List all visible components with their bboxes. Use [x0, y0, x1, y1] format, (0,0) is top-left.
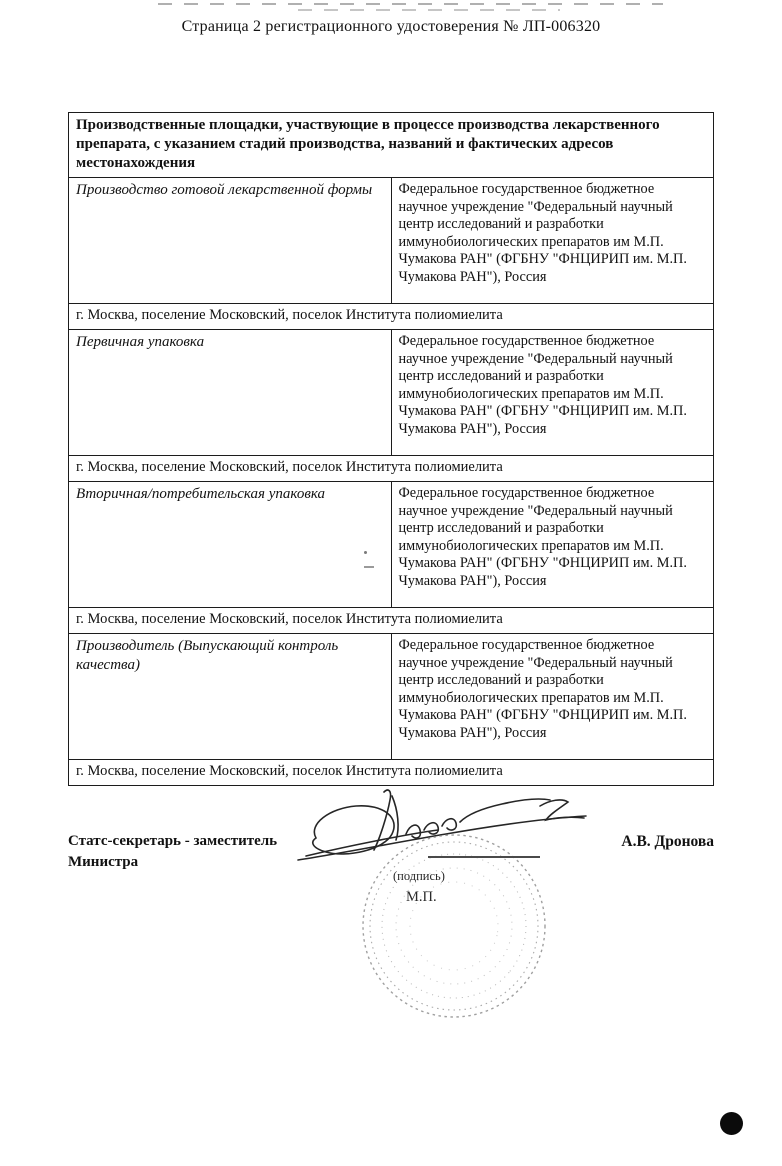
stage-cell: Производство готовой лекарственной формы	[69, 178, 392, 304]
production-sites-table: Производственные площадки, участвующие в…	[68, 112, 714, 786]
organization-cell: Федеральное государственное бюджетное на…	[391, 634, 714, 760]
round-seal	[352, 830, 558, 1022]
table-row: Вторичная/потребительская упаковка Федер…	[69, 482, 714, 608]
page-title: Страница 2 регистрационного удостоверени…	[0, 18, 782, 36]
signatory-name: А.В. Дронова	[568, 833, 714, 851]
table-header: Производственные площадки, участвующие в…	[69, 113, 714, 178]
table-row: Производитель (Выпускающий контроль каче…	[69, 634, 714, 760]
scan-artifact-line	[298, 9, 560, 11]
stage-cell: Вторичная/потребительская упаковка	[69, 482, 392, 608]
address-cell: г. Москва, поселение Московский, поселок…	[69, 608, 714, 634]
table-row: г. Москва, поселение Московский, поселок…	[69, 608, 714, 634]
punch-hole-mark	[720, 1112, 743, 1135]
document-page: Страница 2 регистрационного удостоверени…	[0, 0, 782, 1166]
signature-caption: (подпись)	[393, 869, 445, 884]
address-cell: г. Москва, поселение Московский, поселок…	[69, 304, 714, 330]
organization-cell: Федеральное государственное бюджетное на…	[391, 330, 714, 456]
table-row: Производство готовой лекарственной формы…	[69, 178, 714, 304]
organization-cell: Федеральное государственное бюджетное на…	[391, 178, 714, 304]
stage-cell: Первичная упаковка	[69, 330, 392, 456]
table-row: Первичная упаковка Федеральное государст…	[69, 330, 714, 456]
scan-artifact-line	[158, 3, 663, 5]
organization-cell: Федеральное государственное бюджетное на…	[391, 482, 714, 608]
signature-underline	[428, 856, 540, 858]
table-row: г. Москва, поселение Московский, поселок…	[69, 304, 714, 330]
table-row: г. Москва, поселение Московский, поселок…	[69, 456, 714, 482]
stage-cell: Производитель (Выпускающий контроль каче…	[69, 634, 392, 760]
seal-place-label: М.П.	[406, 889, 437, 906]
address-cell: г. Москва, поселение Московский, поселок…	[69, 456, 714, 482]
signatory-title: Статс-секретарь - заместитель Министра	[68, 831, 288, 873]
